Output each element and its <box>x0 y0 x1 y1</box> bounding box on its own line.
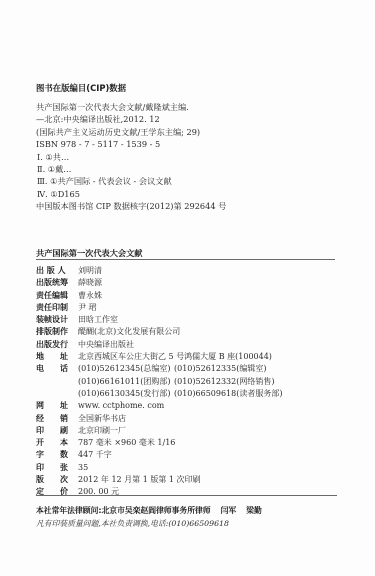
label-char: 字 <box>36 449 44 461</box>
phone-number: (010)52612345(总编室) <box>78 363 174 375</box>
label-char: 次 <box>60 474 68 486</box>
info-value: 787 毫米 ×960 毫米 1/16 <box>78 437 175 449</box>
info-label: 版次 <box>36 474 68 486</box>
info-label: 字数 <box>36 449 68 461</box>
label-char: 经 <box>36 413 44 425</box>
cip-line: (国际共产主义运动历史文献/王学东主编; 29) <box>36 126 226 138</box>
info-row-phone: 电话 (010)52612345(总编室)(010)52612335(编辑室) <box>36 363 282 375</box>
book-title: 共产国际第一次代表大会文献 <box>36 248 142 259</box>
info-row-planning: 出版统筹 薛晓源 <box>36 277 282 289</box>
info-label: 责任印制 <box>36 302 78 314</box>
cip-heading: 图书在版编目(CIP)数据 <box>36 82 126 94</box>
phone-number: (010)66161011(团购部) <box>78 376 174 388</box>
label-char: 电 <box>36 363 44 375</box>
info-label: 排版制作 <box>36 326 78 338</box>
info-divider <box>36 495 337 496</box>
phone-number: (010)66130345(发行部) <box>78 388 174 400</box>
info-row-format: 开本 787 毫米 ×960 毫米 1/16 <box>36 437 282 449</box>
info-label: 电话 <box>36 363 68 375</box>
info-row-editor: 责任编辑 曹永姝 <box>36 290 282 302</box>
label-char: 址 <box>60 351 68 363</box>
cip-line: —北京:中央编译出版社,2012. 12 <box>36 113 226 125</box>
phone-number: (010)52612332(网络销售) <box>174 377 274 386</box>
info-row-dealer: 经销 全国新华书店 <box>36 413 282 425</box>
info-value: 中央编译出版社 <box>78 339 134 351</box>
info-row-edition: 版次 2012 年 12 月第 1 版第 1 次印刷 <box>36 474 282 486</box>
info-label: 开本 <box>36 437 68 449</box>
label-char: 定 <box>36 486 44 498</box>
title-divider <box>36 259 335 260</box>
label-char: 销 <box>60 413 68 425</box>
info-label: 出版发行 <box>36 339 78 351</box>
info-value: 2012 年 12 月第 1 版第 1 次印刷 <box>78 474 201 486</box>
info-value: 北京印刷一厂 <box>78 425 126 437</box>
cip-classification: Ⅱ. ①戴… <box>36 163 226 175</box>
cip-record-number: 中国版本图书馆 CIP 数据核字(2012)第 292644 号 <box>36 200 226 212</box>
lawyer-name: 闫军 <box>221 506 237 515</box>
info-value: (010)66130345(发行部)(010)66509618(读者服务部) <box>78 388 282 400</box>
cip-classification: Ⅳ. ①D165 <box>36 188 226 200</box>
label-char: 话 <box>60 363 68 375</box>
info-value: 曹永姝 <box>78 290 102 302</box>
info-row-distribution: 出版发行 中央编译出版社 <box>36 339 282 351</box>
label-char: 地 <box>36 351 44 363</box>
info-value: 醍醐(北京)文化发展有限公司 <box>78 326 180 338</box>
label-char: 印 <box>36 462 44 474</box>
info-value: 北京西城区车公庄大街乙 5 号鸿儒大厦 B 座(100044) <box>78 351 272 363</box>
info-label-empty <box>36 376 78 388</box>
copyright-page: 图书在版编目(CIP)数据 共产国际第一次代表大会文献/戴隆斌主编. —北京:中… <box>0 0 375 576</box>
info-label: 印刷 <box>36 425 68 437</box>
cip-data-block: 共产国际第一次代表大会文献/戴隆斌主编. —北京:中央编译出版社,2012. 1… <box>36 101 226 213</box>
cip-classification: Ⅰ. ①共… <box>36 151 226 163</box>
cip-classification: Ⅲ. ①共产国际 - 代表会议 - 会议文献 <box>36 175 226 187</box>
label-char: 网 <box>36 400 44 412</box>
info-value: (010)66161011(团购部)(010)52612332(网络销售) <box>78 376 274 388</box>
info-value: 200. 00 元 <box>78 486 119 498</box>
legal-counsel: 本社常年法律顾问:北京市吴栾赵阎律师事务所律师闫军梁勤 <box>36 505 262 516</box>
label-char: 价 <box>60 486 68 498</box>
info-label: 地址 <box>36 351 68 363</box>
info-row-printing-supervisor: 责任印制 尹 珺 <box>36 302 282 314</box>
info-row-price: 定价 200. 00 元 <box>36 486 282 498</box>
label-char: 本 <box>60 437 68 449</box>
phone-number: (010)52612335(编辑室) <box>174 364 266 373</box>
label-char: 张 <box>60 462 68 474</box>
label-char: 印 <box>36 425 44 437</box>
website-link[interactable]: www. cctphome. com <box>78 400 164 412</box>
label-char: 版 <box>36 474 44 486</box>
info-row-address: 地址 北京西城区车公庄大街乙 5 号鸿儒大厦 B 座(100044) <box>36 351 282 363</box>
info-label: 网址 <box>36 400 68 412</box>
info-row-typesetting: 排版制作 醍醐(北京)文化发展有限公司 <box>36 326 282 338</box>
label-char: 开 <box>36 437 44 449</box>
info-label: 装帧设计 <box>36 314 78 326</box>
info-value: (010)52612345(总编室)(010)52612335(编辑室) <box>78 363 266 375</box>
info-row-sheets: 印张 35 <box>36 462 282 474</box>
phone-number: (010)66509618(读者服务部) <box>174 389 282 398</box>
info-row-phone-cont: (010)66161011(团购部)(010)52612332(网络销售) <box>36 376 282 388</box>
legal-counsel-text: 本社常年法律顾问:北京市吴栾赵阎律师事务所律师 <box>36 506 211 515</box>
info-label: 出 版 人 <box>36 265 78 277</box>
quality-notice: 凡有印装质量问题,本社负责调换,电话:(010)66509618 <box>36 518 229 529</box>
label-char: 数 <box>60 449 68 461</box>
info-value: 尹 珺 <box>78 302 97 314</box>
info-label: 责任编辑 <box>36 290 78 302</box>
info-value: 刘明清 <box>78 265 102 277</box>
info-row-printer: 印刷 北京印刷一厂 <box>36 425 282 437</box>
info-value: 薛晓源 <box>78 277 102 289</box>
lawyer-name: 梁勤 <box>246 506 262 515</box>
info-row-phone-cont: (010)66130345(发行部)(010)66509618(读者服务部) <box>36 388 282 400</box>
label-char: 址 <box>60 400 68 412</box>
info-row-publisher: 出 版 人 刘明清 <box>36 265 282 277</box>
info-label: 出版统筹 <box>36 277 78 289</box>
label-char: 刷 <box>60 425 68 437</box>
info-label-empty <box>36 388 78 400</box>
cip-isbn: ISBN 978 - 7 - 5117 - 1539 - 5 <box>36 138 226 150</box>
info-value: 田晗工作室 <box>78 314 118 326</box>
info-row-website: 网址 www. cctphome. com <box>36 400 282 412</box>
info-label: 经销 <box>36 413 68 425</box>
info-row-word-count: 字数 447 千字 <box>36 449 282 461</box>
info-label: 定价 <box>36 486 68 498</box>
info-value: 全国新华书店 <box>78 413 126 425</box>
cip-line: 共产国际第一次代表大会文献/戴隆斌主编. <box>36 101 226 113</box>
info-label: 印张 <box>36 462 68 474</box>
info-value: 35 <box>78 462 88 474</box>
info-value: 447 千字 <box>78 449 112 461</box>
publication-info: 出 版 人 刘明清 出版统筹 薛晓源 责任编辑 曹永姝 责任印制 尹 珺 装帧设… <box>36 265 282 499</box>
info-row-design: 装帧设计 田晗工作室 <box>36 314 282 326</box>
